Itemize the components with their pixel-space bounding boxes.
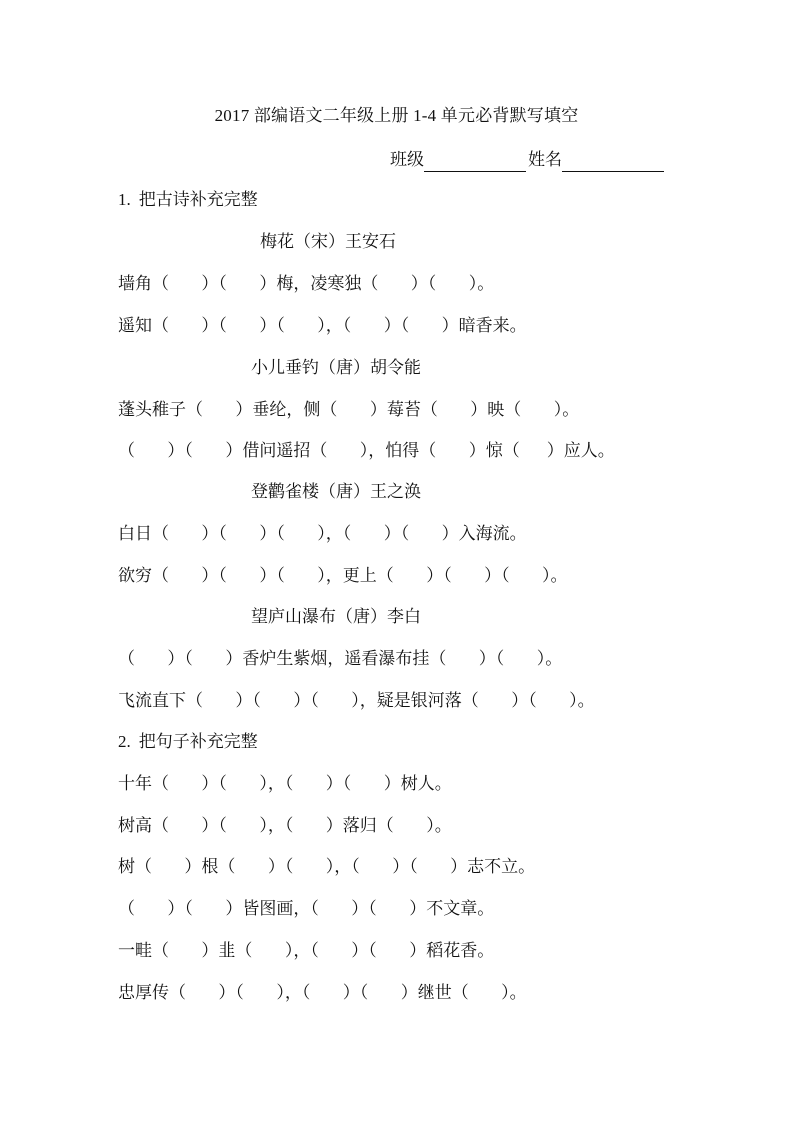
poem-title-dengguanquelou: 登鹳雀楼（唐）王之涣: [251, 480, 421, 504]
fill-line[interactable]: 欲穷（ ）（ ）（ ），更上（ ）（ ）（ ）。: [118, 564, 568, 588]
fill-line[interactable]: 树（ ）根（ ）（ ），（ ）（ ）志不立。: [118, 855, 535, 879]
fill-line[interactable]: （ ）（ ）皆图画，（ ）（ ）不文章。: [118, 897, 494, 921]
section-number: 2.: [118, 732, 131, 751]
poem-title-meihua: 梅花（宋）王安石: [260, 230, 396, 254]
fill-line[interactable]: 十年（ ）（ ），（ ）（ ）树人。: [118, 772, 452, 796]
fill-line[interactable]: 墙角（ ）（ ）梅，凌寒独（ ）（ ）。: [118, 272, 494, 296]
fill-line[interactable]: 飞流直下（ ）（ ）（ ），疑是银河落（ ）（ ）。: [118, 689, 595, 713]
section-heading-text: 把句子补充完整: [139, 732, 258, 752]
fill-line[interactable]: （ ）（ ）香炉生紫烟，遥看瀑布挂（ ）（ ）。: [118, 647, 562, 671]
student-info: 班级 姓名: [390, 148, 666, 172]
name-label: 姓名: [528, 148, 562, 172]
class-label: 班级: [390, 148, 424, 172]
fill-line[interactable]: 蓬头稚子（ ）垂纶，侧（ ）莓苔（ ）映（ ）。: [118, 398, 579, 422]
poem-title-xiaoer-chuidiao: 小儿垂钓（唐）胡令能: [251, 356, 421, 380]
class-blank[interactable]: [424, 151, 526, 172]
name-blank[interactable]: [562, 151, 664, 172]
fill-line[interactable]: 树高（ ）（ ），（ ）落归（ ）。: [118, 814, 452, 838]
fill-line[interactable]: 白日（ ）（ ）（ ），（ ）（ ）入海流。: [118, 522, 527, 546]
section-1-heading: 1.把古诗补充完整: [118, 188, 258, 212]
fill-line[interactable]: （ ）（ ）借问遥招（ ），怕得（ ）惊（ ）应人。: [118, 439, 615, 463]
poem-title-wanglushan-pubu: 望庐山瀑布（唐）李白: [251, 605, 421, 629]
section-number: 1.: [118, 190, 131, 209]
fill-line[interactable]: 忠厚传（ ）（ ），（ ）（ ）继世（ ）。: [118, 981, 527, 1005]
fill-line[interactable]: 遥知（ ）（ ）（ ），（ ）（ ）暗香来。: [118, 314, 527, 338]
page-title: 2017 部编语文二年级上册 1-4 单元必背默写填空: [0, 104, 793, 128]
fill-line[interactable]: 一畦（ ）韭（ ），（ ）（ ）稻花香。: [118, 939, 494, 963]
section-heading-text: 把古诗补充完整: [139, 190, 258, 210]
section-2-heading: 2.把句子补充完整: [118, 730, 258, 754]
